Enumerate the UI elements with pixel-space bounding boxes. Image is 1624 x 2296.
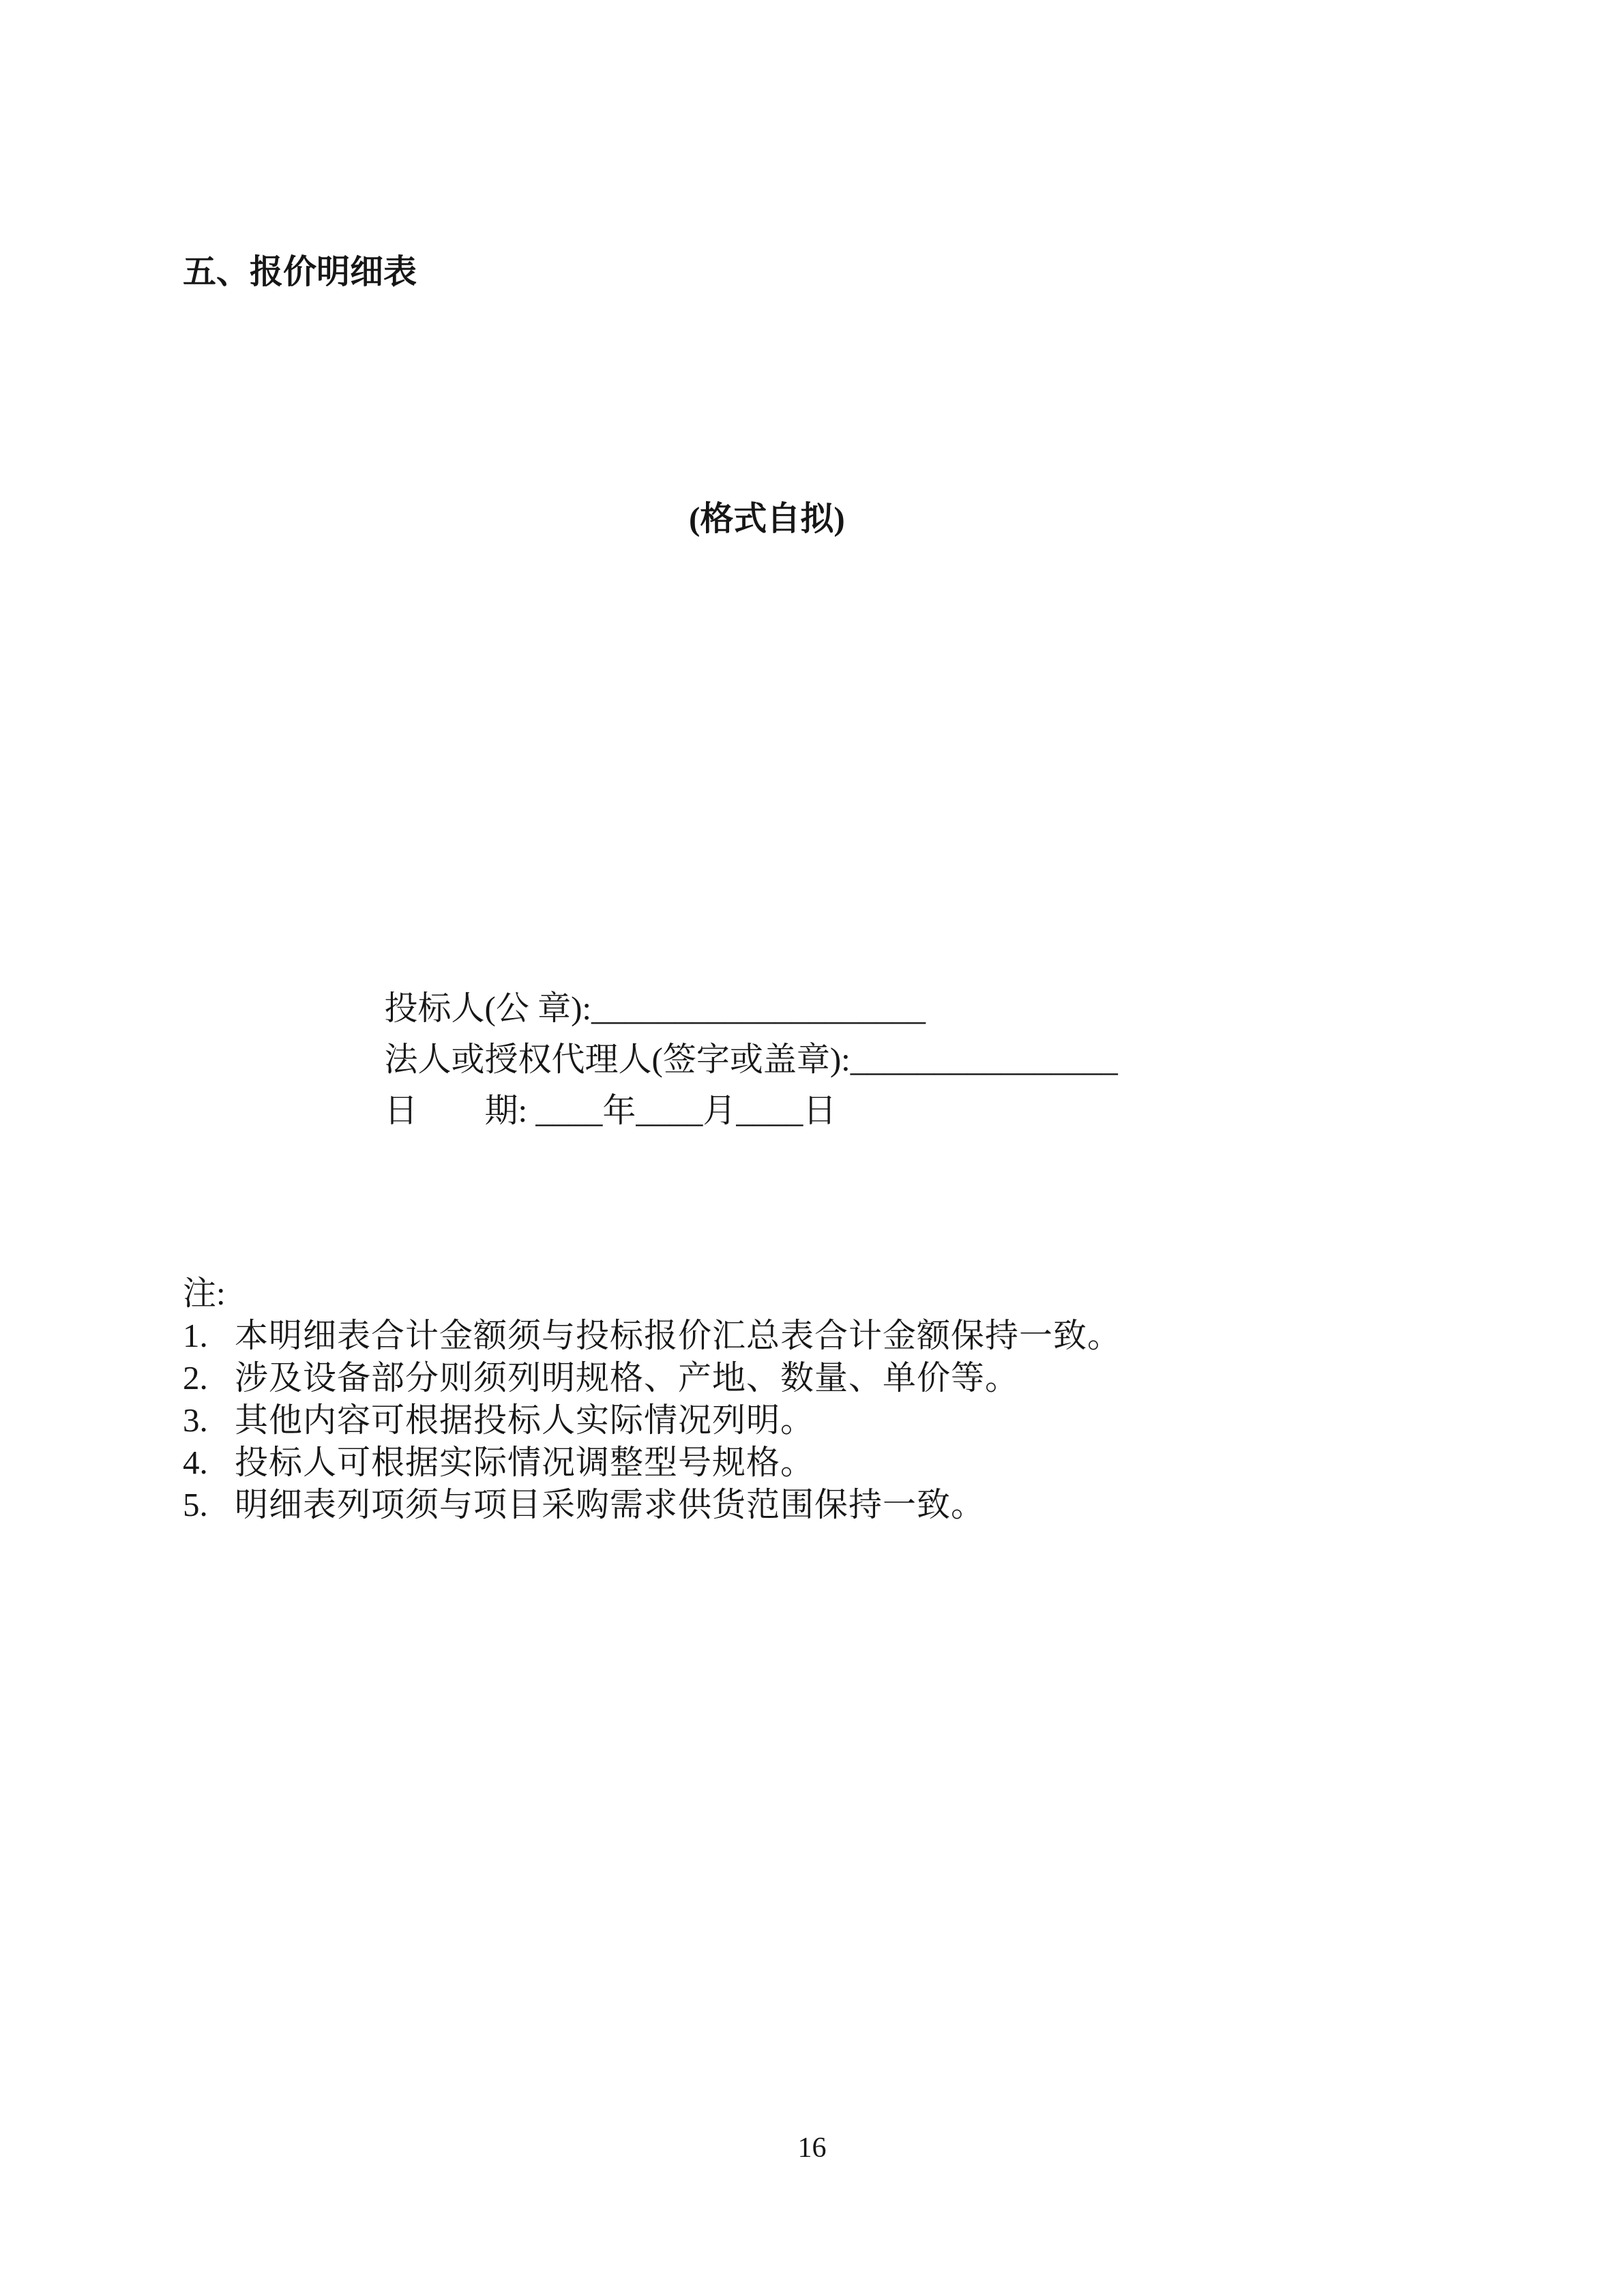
date-label: 日 期: — [385, 1092, 536, 1129]
notes-heading: 注: — [183, 1272, 1121, 1315]
note-item-2: 2. 涉及设备部分则须列明规格、产地、数量、单价等。 — [183, 1357, 1121, 1399]
legal-representative-blank: ________________ — [851, 1041, 1118, 1078]
note-item-5: 5. 明细表列项须与项目采购需求供货范围保持一致。 — [183, 1484, 1121, 1526]
note-text: 本明细表合计金额须与投标报价汇总表合计金额保持一致。 — [235, 1315, 1121, 1357]
note-item-4: 4. 投标人可根据实际情况调整型号规格。 — [183, 1442, 1121, 1484]
format-note: (格式自拟) — [689, 492, 845, 540]
page-number: 16 — [0, 2132, 1624, 2164]
note-number: 5. — [183, 1484, 235, 1526]
bidder-seal-line: 投标人(公 章):____________________ — [334, 931, 1118, 983]
legal-representative-label: 法人或授权代理人(签字或盖章): — [385, 1041, 851, 1078]
note-number: 3. — [183, 1399, 235, 1442]
document-page: 五、报价明细表 (格式自拟) 投标人(公 章):________________… — [0, 0, 1624, 2296]
bidder-seal-blank: ____________________ — [591, 989, 926, 1027]
note-text: 涉及设备部分则须列明规格、产地、数量、单价等。 — [235, 1357, 1019, 1399]
note-item-1: 1. 本明细表合计金额须与投标报价汇总表合计金额保持一致。 — [183, 1315, 1121, 1357]
notes-section: 注: 1. 本明细表合计金额须与投标报价汇总表合计金额保持一致。 2. 涉及设备… — [183, 1272, 1121, 1526]
signature-block: 投标人(公 章):____________________ 法人或授权代理人(签… — [334, 931, 1118, 1085]
note-number: 1. — [183, 1315, 235, 1357]
note-text: 其他内容可根据投标人实际情况列明。 — [235, 1399, 814, 1442]
note-item-3: 3. 其他内容可根据投标人实际情况列明。 — [183, 1399, 1121, 1442]
bidder-seal-label: 投标人(公 章): — [385, 989, 592, 1027]
note-number: 2. — [183, 1357, 235, 1399]
note-text: 投标人可根据实际情况调整型号规格。 — [235, 1442, 814, 1484]
date-blank: ____年____月____日 — [535, 1092, 836, 1129]
note-number: 4. — [183, 1442, 235, 1484]
section-heading: 五、报价明细表 — [183, 245, 417, 293]
note-text: 明细表列项须与项目采购需求供货范围保持一致。 — [235, 1484, 985, 1526]
